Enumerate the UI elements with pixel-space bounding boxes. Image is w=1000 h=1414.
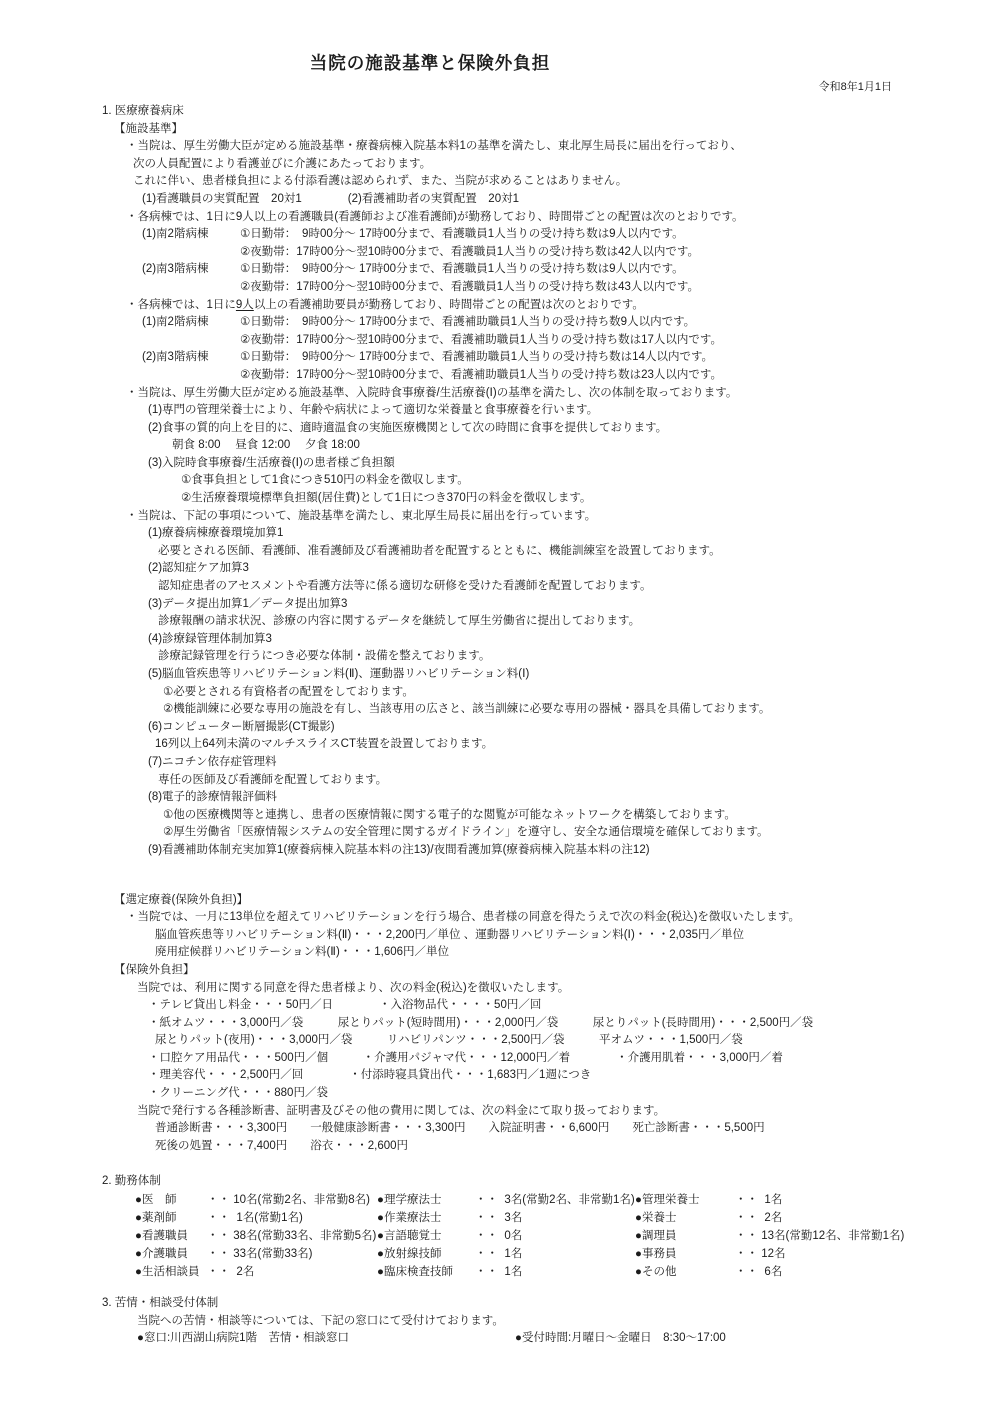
complaints-contact-line: ●窓口:川西湖山病院1階 苦情・相談窓口 ●受付時間:月曜日～金曜日 8:30～… (0, 1330, 1000, 1348)
elective-care-header: 【選定療養(保険外負担)】 (0, 892, 1000, 910)
assistant-staffing-lead: ・各病棟では、1日に9人以上の看護補助要員が勤務しており、時間帯ごとの配置は次の… (0, 297, 1000, 315)
rehab-fee-line: 廃用症候群リハビリテーション料(Ⅱ)・・・1,606円／単位 (0, 944, 1000, 962)
notification-body: 必要とされる医師、看護師、准看護師及び看護補助者を配置するとともに、機能訓練室を… (0, 543, 1000, 561)
ward-night-shift: ②夜勤帯：17時00分～翌10時00分まで、看護職員1人当りの受け持ち数は43人… (0, 279, 1000, 297)
complaints-hours: ●受付時間:月曜日～金曜日 8:30～17:00 (515, 1330, 726, 1348)
document-page: 当院の施設基準と保険外負担 令和8年1月1日 1. 医療療養病床 【施設基準】 … (0, 0, 1000, 1414)
assistant-lead-underlined-count: 9人 (236, 299, 254, 311)
staff-label: ●医 師 (135, 1191, 207, 1209)
ward-day-line: (1)南2階病棟 ①日勤帯： 9時00分～ 17時00分まで、看護職員1人当りの… (0, 226, 1000, 244)
staff-label: ●看護職員 (135, 1227, 207, 1245)
assistant-lead-pre: ・各病棟では、1日に (126, 299, 236, 311)
staff-label: ●作業療法士 (377, 1209, 475, 1227)
staff-label: ●調理員 (635, 1227, 735, 1245)
staff-label: ●その他 (635, 1263, 735, 1281)
notification-title: (8)電子的診療情報評価料 (0, 789, 1000, 807)
complaints-window: ●窓口:川西湖山病院1階 苦情・相談窓口 (137, 1330, 515, 1348)
section1-heading: 1. 医療療養病床 (0, 103, 1000, 121)
notification-subitem: ②機能訓練に必要な専用の施設を有し、当該専用の広さと、該当訓練に必要な専用の器械… (0, 701, 1000, 719)
staff-count: ・・ 2名 (735, 1209, 1000, 1227)
fee-line: ・紙オムツ・・・3,000円／袋 尿とりパット(短時間用)・・・2,000円／袋… (0, 1015, 1000, 1033)
staff-count: ・・ 12名 (735, 1245, 1000, 1263)
staff-count: ・・ 1名 (475, 1245, 635, 1263)
staff-label: ●理学療法士 (377, 1191, 475, 1209)
ward-day-shift: ①日勤帯： 9時00分～ 17時00分まで、看護補助職員1人当りの受け持ち数は1… (240, 349, 713, 367)
notification-title: (4)診療録管理体制加算3 (0, 631, 1000, 649)
staff-count: ・・ 2名 (207, 1263, 377, 1281)
meal-system-lead: ・当院は、厚生労働大臣が定める施設基準、入院時食事療養/生活療養(Ⅰ)の基準を満… (0, 385, 1000, 403)
ward-name: (2)南3階病棟 (142, 349, 240, 367)
facility-intro-line: 次の人員配置により看護並びに介護にあたっております。 (0, 156, 1000, 174)
notification-title: (3)データ提出加算1／データ提出加算3 (0, 596, 1000, 614)
fee-line: ・理美容代・・・2,500円／回 ・付添時寝具貸出代・・・1,683円／1週につ… (0, 1067, 1000, 1085)
ward-night-shift: ②夜勤帯：17時00分～翌10時00分まで、看護職員1人当りの受け持ち数は42人… (0, 244, 1000, 262)
notification-body: 診療報酬の請求状況、診療の内容に関するデータを継続して厚生労働省に提出しておりま… (0, 613, 1000, 631)
meal-system-item: (1)専門の管理栄養士により、年齢や病状によって適切な栄養量と食事療養を行います… (0, 402, 1000, 420)
staff-count: ・・ 38名(常勤33名、非常勤5名) (207, 1227, 377, 1245)
fee-line: ・テレビ貸出し料金・・・50円／日 ・入浴物品代・・・・50円／回 (0, 997, 1000, 1015)
staff-row: ●薬剤師・・ 1名(常勤1名)●作業療法士・・ 3名●栄養士・・ 2名 (0, 1209, 1000, 1227)
staff-row: ●生活相談員・・ 2名●臨床検査技師・・ 1名●その他・・ 6名 (0, 1263, 1000, 1281)
staff-label: ●生活相談員 (135, 1263, 207, 1281)
staff-count: ・・ 1名(常勤1名) (207, 1209, 377, 1227)
staff-count: ・・ 1名 (735, 1191, 1000, 1209)
notification-subitem: ①必要とされる有資格者の配置をしております。 (0, 684, 1000, 702)
notification-title: (5)脳血管疾患等リハビリテーション料(Ⅱ)、運動器リハビリテーション料(Ⅰ) (0, 666, 1000, 684)
staff-row: ●介護職員・・ 33名(常勤33名)●放射線技師・・ 1名●事務員・・ 12名 (0, 1245, 1000, 1263)
elective-care-lead: ・当院では、一月に13単位を超えてリハビリテーションを行う場合、患者様の同意を得… (0, 909, 1000, 927)
staff-row: ●医 師・・ 10名(常勤2名、非常勤8名)●理学療法士・・ 3名(常勤2名、非… (0, 1191, 1000, 1209)
notification-title: (1)療養病棟療養環境加算1 (0, 525, 1000, 543)
ward-day-shift: ①日勤帯： 9時00分～ 17時00分まで、看護職員1人当りの受け持ち数は9人以… (240, 261, 684, 279)
ward-day-shift: ①日勤帯： 9時00分～ 17時00分まで、看護職員1人当りの受け持ち数は9人以… (240, 226, 684, 244)
non-insurance-lead: 当院では、利用に関する同意を得た患者様より、次の料金(税込)を徴収いたします。 (0, 980, 1000, 998)
meal-burden-item: ①食事負担として1食につき510円の料金を徴収します。 (0, 472, 1000, 490)
non-insurance-header: 【保険外負担】 (0, 962, 1000, 980)
notification-body: 認知症患者のアセスメントや看護方法等に係る適切な研修を受けた看護師を配置しており… (0, 578, 1000, 596)
section2-heading: 2. 勤務体制 (0, 1173, 1000, 1191)
document-fee-line: 普通診断書・・・3,300円 一般健康診断書・・・3,300円 入院証明書・・6… (0, 1120, 1000, 1138)
ward-name: (1)南2階病棟 (142, 226, 240, 244)
notification-subitem: ②厚生労働省「医療情報システムの安全管理に関するガイドライン」を遵守し、安全な通… (0, 824, 1000, 842)
facility-intro-line: これに伴い、患者様負担による付添看護は認められず、また、当院が求めることはありま… (0, 173, 1000, 191)
staff-label: ●臨床検査技師 (377, 1263, 475, 1281)
notification-body: 専任の医師及び看護師を配置しております。 (0, 772, 1000, 790)
staff-label: ●管理栄養士 (635, 1191, 735, 1209)
staff-count: ・・ 3名 (475, 1209, 635, 1227)
ward-name: (1)南2階病棟 (142, 314, 240, 332)
notification-body: 16列以上64列未満のマルチスライスCT装置を設置しております。 (0, 736, 1000, 754)
ward-night-shift: ②夜勤帯：17時00分～翌10時00分まで、看護補助職員1人当りの受け持ち数は2… (0, 367, 1000, 385)
staff-label: ●介護職員 (135, 1245, 207, 1263)
meal-burden-header: (3)入院時食事療養/生活療養(Ⅰ)の患者様ご負担額 (0, 455, 1000, 473)
staff-label: ●放射線技師 (377, 1245, 475, 1263)
staff-count: ・・ 3名(常勤2名、非常勤1名) (475, 1191, 635, 1209)
ward-day-line: (1)南2階病棟 ①日勤帯： 9時00分～ 17時00分まで、看護補助職員1人当… (0, 314, 1000, 332)
staff-count: ・・ 1名 (475, 1263, 635, 1281)
fee-line: 尿とりパット(夜用)・・・3,000円／袋 リハビリパンツ・・・2,500円／袋… (0, 1032, 1000, 1050)
ward-name: (2)南3階病棟 (142, 261, 240, 279)
staff-ratio-line: (1)看護職員の実質配置 20対1 (2)看護補助者の実質配置 20対1 (0, 191, 1000, 209)
staff-count: ・・ 6名 (735, 1263, 1000, 1281)
ward-day-shift: ①日勤帯： 9時00分～ 17時00分まで、看護補助職員1人当りの受け持ち数9人… (240, 314, 695, 332)
staff-label: ●薬剤師 (135, 1209, 207, 1227)
notification-lead: ・当院は、下記の事項について、施設基準を満たし、東北厚生局長に届出を行っています… (0, 508, 1000, 526)
rehab-fee-line: 脳血管疾患等リハビリテーション料(Ⅱ)・・・2,200円／単位 、運動器リハビリ… (0, 927, 1000, 945)
notification-title: (9)看護補助体制充実加算1(療養病棟入院基本料の注13)/夜間看護加算(療養病… (0, 842, 1000, 860)
assistant-lead-post: 以上の看護補助要員が勤務しており、時間帯ごとの配置は次のとおりです。 (254, 299, 644, 311)
notification-title: (7)ニコチン依存症管理料 (0, 754, 1000, 772)
meal-burden-item: ②生活療養環境標準負担額(居住費)として1日につき370円の料金を徴収します。 (0, 490, 1000, 508)
page-title: 当院の施設基準と保険外負担 (0, 50, 860, 75)
staff-row: ●看護職員・・ 38名(常勤33名、非常勤5名)●言語聴覚士・・ 0名●調理員・… (0, 1227, 1000, 1245)
issue-date: 令和8年1月1日 (0, 78, 892, 94)
notification-subitem: ①他の医療機関等と連携し、患者の医療情報に関する電子的な閲覧が可能なネットワーク… (0, 807, 1000, 825)
nurse-staffing-lead: ・各病棟では、1日に9人以上の看護職員(看護師および准看護師)が勤務しており、時… (0, 209, 1000, 227)
notification-body: 診療記録管理を行うにつき必要な体制・設備を整えております。 (0, 648, 1000, 666)
fee-line: ・口腔ケア用品代・・・500円／個 ・介護用パジャマ代・・・12,000円／着 … (0, 1050, 1000, 1068)
complaints-lead: 当院への苦情・相談等については、下記の窓口にて受付けております。 (0, 1313, 1000, 1331)
staff-count: ・・ 33名(常勤33名) (207, 1245, 377, 1263)
notification-title: (6)コンピューター断層撮影(CT撮影) (0, 719, 1000, 737)
ward-night-shift: ②夜勤帯：17時00分～翌10時00分まで、看護補助職員1人当りの受け持ち数は1… (0, 332, 1000, 350)
staff-count: ・・ 0名 (475, 1227, 635, 1245)
section3-heading: 3. 苦情・相談受付体制 (0, 1295, 1000, 1313)
staff-count: ・・ 13名(常勤12名、非常勤1名) (735, 1227, 1000, 1245)
facility-intro-line: ・当院は、厚生労働大臣が定める施設基準・療養病棟入院基本料1の基準を満たし、東北… (0, 138, 1000, 156)
facility-standards-header: 【施設基準】 (0, 121, 1000, 139)
notification-title: (2)認知症ケア加算3 (0, 560, 1000, 578)
ward-day-line: (2)南3階病棟 ①日勤帯： 9時00分～ 17時00分まで、看護補助職員1人当… (0, 349, 1000, 367)
meal-times: 朝食 8:00 昼食 12:00 夕食 18:00 (0, 437, 1000, 455)
staff-label: ●栄養士 (635, 1209, 735, 1227)
document-fees-lead: 当院で発行する各種診断書、証明書及びその他の費用に関しては、次の料金にて取り扱っ… (0, 1103, 1000, 1121)
fee-line: ・クリーニング代・・・880円／袋 (0, 1085, 1000, 1103)
document-fee-line: 死後の処置・・・7,400円 浴衣・・・2,600円 (0, 1138, 1000, 1156)
ward-day-line: (2)南3階病棟 ①日勤帯： 9時00分～ 17時00分まで、看護職員1人当りの… (0, 261, 1000, 279)
staff-label: ●言語聴覚士 (377, 1227, 475, 1245)
staff-count: ・・ 10名(常勤2名、非常勤8名) (207, 1191, 377, 1209)
staff-label: ●事務員 (635, 1245, 735, 1263)
meal-system-item: (2)食事の質的向上を目的に、適時適温食の実施医療機関として次の時間に食事を提供… (0, 420, 1000, 438)
